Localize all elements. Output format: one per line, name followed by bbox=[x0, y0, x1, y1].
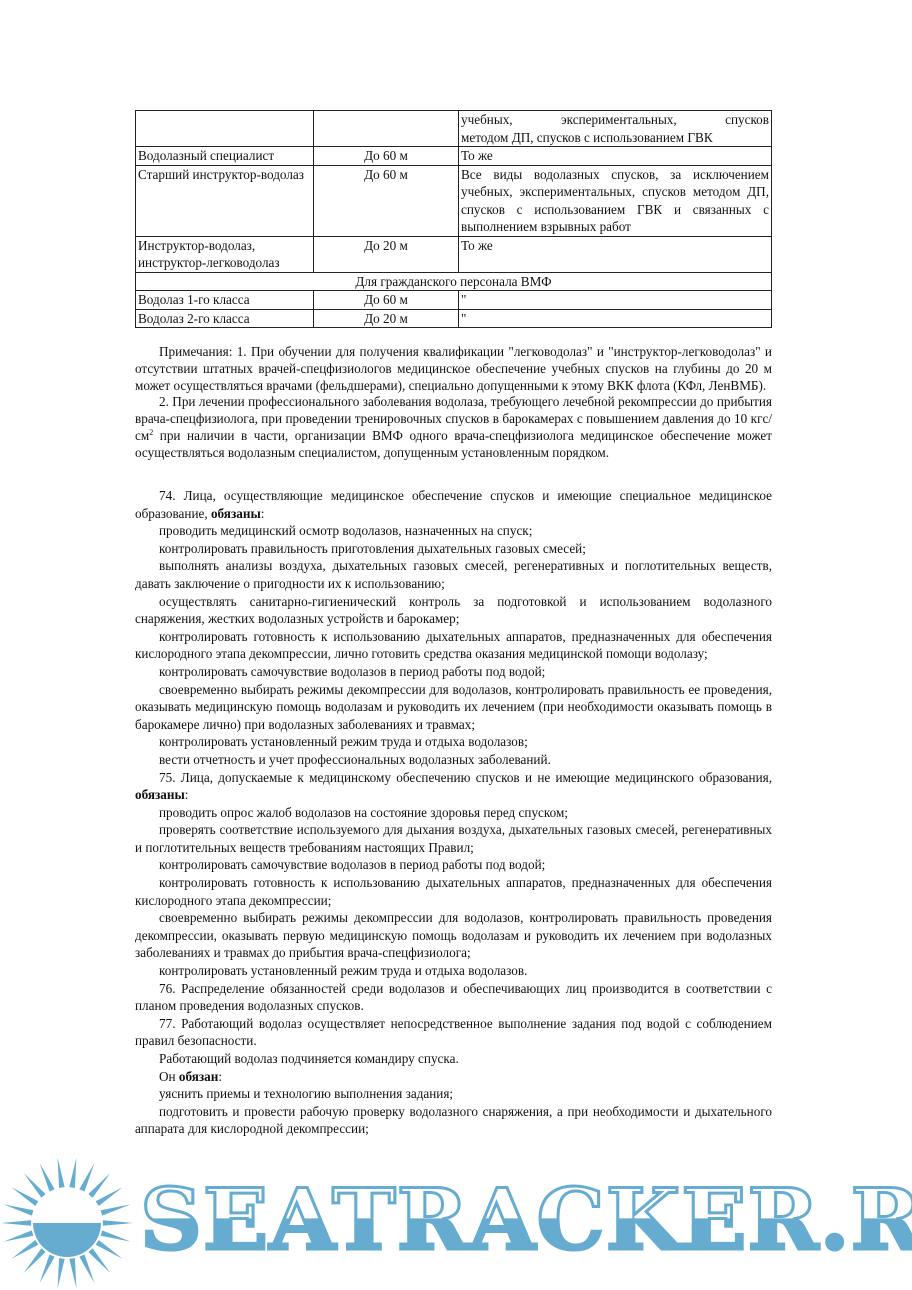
table-row: учебных, экспериментальных, спусков мето… bbox=[136, 111, 772, 147]
table-cell: Инструктор-водолаз, инструктор-легководо… bbox=[136, 236, 314, 272]
paragraph-77: 77. Работающий водолаз осуществляет непо… bbox=[135, 1015, 772, 1050]
qualification-table: учебных, экспериментальных, спусков мето… bbox=[135, 110, 772, 328]
list-item: контролировать самочувствие водолазов в … bbox=[135, 663, 772, 681]
list-item: уяснить приемы и технологию выполнения з… bbox=[135, 1085, 772, 1103]
paragraph-77-items: уяснить приемы и технологию выполнения з… bbox=[135, 1085, 772, 1138]
table-notes: Примечания: 1. При обучении для получени… bbox=[135, 344, 772, 462]
watermark: SEATRACKER.RU SEATRACKER.RU bbox=[0, 1150, 912, 1290]
paragraph-77-duty: Он обязан: bbox=[135, 1068, 772, 1086]
paragraph-text: Он bbox=[159, 1069, 179, 1084]
list-item: проводить опрос жалоб водолазов на состо… bbox=[135, 804, 772, 822]
table-cell: Водолаз 1-го класса bbox=[136, 291, 314, 310]
table-row: Водолаз 1-го класса До 60 м " bbox=[136, 291, 772, 310]
table-cell: Старший инструктор-водолаз bbox=[136, 165, 314, 236]
table-cell: То же bbox=[459, 236, 772, 272]
bold-term: обязаны bbox=[135, 787, 185, 802]
note-2: 2. При лечении профессионального заболев… bbox=[135, 394, 772, 461]
table-cell: " bbox=[459, 309, 772, 328]
table-cell bbox=[314, 111, 459, 147]
list-item: контролировать правильность приготовлени… bbox=[135, 540, 772, 558]
list-item: своевременно выбирать режимы декомпресси… bbox=[135, 681, 772, 734]
body-text: 74. Лица, осуществляющие медицинское обе… bbox=[135, 487, 772, 1138]
cell-line: учебных, экспериментальных, спусков bbox=[461, 111, 769, 129]
list-item: контролировать самочувствие водолазов в … bbox=[135, 856, 772, 874]
list-item: контролировать готовность к использовани… bbox=[135, 874, 772, 909]
table-cell: До 60 м bbox=[314, 147, 459, 166]
table-cell: То же bbox=[459, 147, 772, 166]
table-row: Водолазный специалист До 60 м То же bbox=[136, 147, 772, 166]
list-item: контролировать готовность к использовани… bbox=[135, 628, 772, 663]
list-item: выполнять анализы воздуха, дыхательных г… bbox=[135, 557, 772, 592]
table-row: Инструктор-водолаз, инструктор-легководо… bbox=[136, 236, 772, 272]
document-page: учебных, экспериментальных, спусков мето… bbox=[0, 0, 912, 1290]
table-cell: До 20 м bbox=[314, 236, 459, 272]
table-cell: учебных, экспериментальных, спусков мето… bbox=[459, 111, 772, 147]
table-cell: Водолаз 2-го класса bbox=[136, 309, 314, 328]
table-cell bbox=[136, 111, 314, 147]
bold-term: обязаны bbox=[211, 506, 261, 521]
list-item: подготовить и провести рабочую проверку … bbox=[135, 1103, 772, 1138]
table-cell: " bbox=[459, 291, 772, 310]
paragraph-76: 76. Распределение обязанностей среди вод… bbox=[135, 980, 772, 1015]
list-item: контролировать установленный режим труда… bbox=[135, 962, 772, 980]
list-item: своевременно выбирать режимы декомпресси… bbox=[135, 909, 772, 962]
table-cell: До 60 м bbox=[314, 291, 459, 310]
list-item: контролировать установленный режим труда… bbox=[135, 733, 772, 751]
list-item: проверять соответствие используемого для… bbox=[135, 821, 772, 856]
paragraph-74-items: проводить медицинский осмотр водолазов, … bbox=[135, 522, 772, 768]
table-section-row: Для гражданского персонала ВМФ bbox=[136, 272, 772, 291]
paragraph-text: 75. Лица, допускаемые к медицинскому обе… bbox=[159, 770, 772, 785]
list-item: вести отчетность и учет профессиональных… bbox=[135, 751, 772, 769]
table-cell: Водолазный специалист bbox=[136, 147, 314, 166]
note-2-text-cont: при наличии в части, организации ВМФ одн… bbox=[135, 428, 772, 460]
list-item: осуществлять санитарно-гигиенический кон… bbox=[135, 593, 772, 628]
table-cell: Все виды водолазных спусков, за исключен… bbox=[459, 165, 772, 236]
table-row: Водолаз 2-го класса До 20 м " bbox=[136, 309, 772, 328]
list-item: проводить медицинский осмотр водолазов, … bbox=[135, 522, 772, 540]
sun-over-sea-icon bbox=[0, 1150, 140, 1290]
section-heading: Для гражданского персонала ВМФ bbox=[136, 272, 772, 291]
table-row: Старший инструктор-водолаз До 60 м Все в… bbox=[136, 165, 772, 236]
paragraph-75: 75. Лица, допускаемые к медицинскому обе… bbox=[135, 769, 772, 804]
bold-term: обязан bbox=[179, 1069, 219, 1084]
table-cell: До 20 м bbox=[314, 309, 459, 328]
paragraph-74: 74. Лица, осуществляющие медицинское обе… bbox=[135, 487, 772, 522]
cell-line: методом ДП, спусков с использованием ГВК bbox=[461, 129, 769, 147]
note-1: Примечания: 1. При обучении для получени… bbox=[135, 344, 772, 394]
table-cell: До 60 м bbox=[314, 165, 459, 236]
paragraph-75-items: проводить опрос жалоб водолазов на состо… bbox=[135, 804, 772, 980]
paragraph-77-sub: Работающий водолаз подчиняется командиру… bbox=[135, 1050, 772, 1068]
